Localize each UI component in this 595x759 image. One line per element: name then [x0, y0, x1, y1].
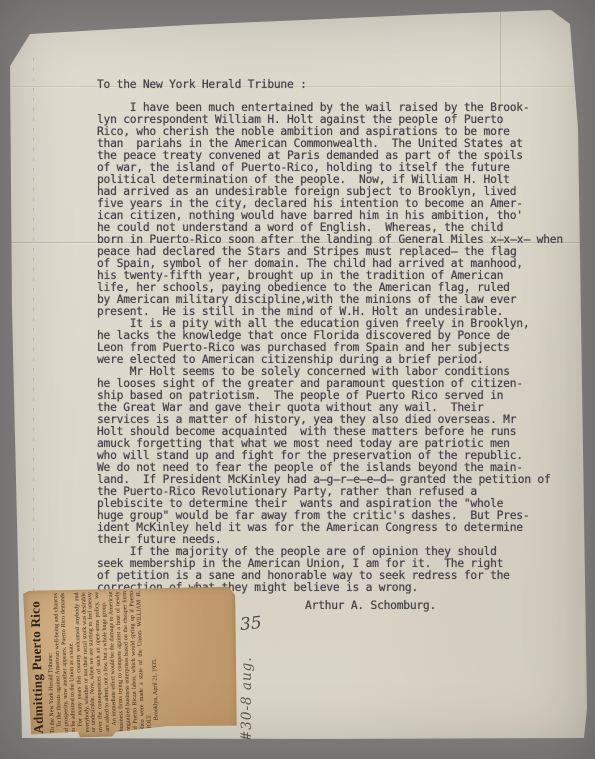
newspaper-clipping: Admitting Puerto Rico To the New York He…	[23, 585, 239, 739]
letter-page: To the New York Herald Tribune : I have …	[8, 8, 588, 739]
clipping-content: Admitting Puerto Rico To the New York He…	[27, 588, 235, 734]
typed-letter: To the New York Herald Tribune : I have …	[97, 79, 581, 612]
letter-paragraph: It is a pity with all the education give…	[97, 318, 581, 366]
clipping-body: To the New York Herald Tribune: To the t…	[46, 590, 160, 733]
handwritten-note: #30-8 aug.	[239, 640, 261, 742]
clipping-paragraph: For many years this country welcomed any…	[74, 592, 112, 733]
clipping-paragraph: An immediate effect would be the damage …	[108, 590, 153, 731]
letter-salutation: To the New York Herald Tribune :	[97, 79, 581, 91]
clipping-headline: Admitting Puerto Rico	[27, 593, 47, 733]
letter-paragraph: I have been much entertained by the wail…	[97, 102, 581, 318]
scanned-document: To the New York Herald Tribune : I have …	[0, 0, 595, 759]
handwritten-number: 35	[239, 613, 263, 635]
letter-paragraph: If the majority of the people are of opi…	[97, 546, 581, 594]
letter-paragraph: Mr Holt seems to be solely concerned wit…	[97, 366, 581, 546]
signature: Arthur A. Schomburg.	[305, 600, 581, 612]
